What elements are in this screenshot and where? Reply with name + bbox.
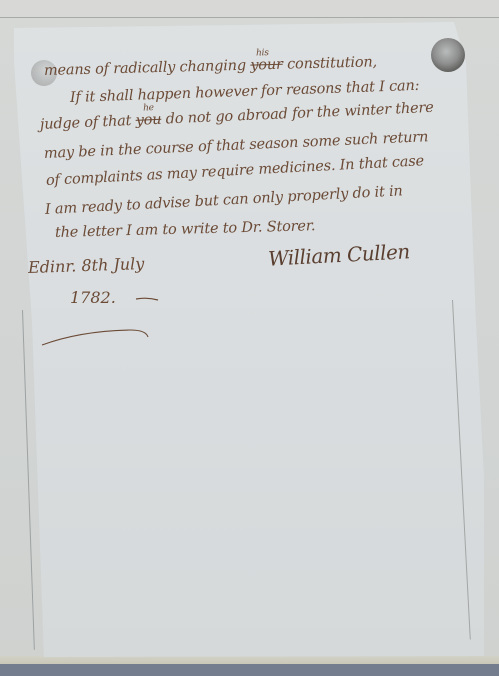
struck-text: your: [250, 57, 283, 74]
scan-background-strip: [0, 664, 499, 676]
date-dash-flourish: [135, 296, 159, 302]
insertion-text: he: [143, 103, 154, 113]
library-stamp-icon: circular library stamp: [431, 38, 465, 72]
top-page-edge: [0, 0, 499, 18]
place-date-line-2: 1782.: [70, 288, 116, 307]
insertion-text: his: [256, 48, 269, 58]
closing-flourish: [40, 327, 150, 347]
place-date-line-1: Edinr. 8th July: [28, 254, 145, 277]
line-text: constitution,: [283, 54, 378, 72]
struck-text: you: [135, 112, 161, 129]
